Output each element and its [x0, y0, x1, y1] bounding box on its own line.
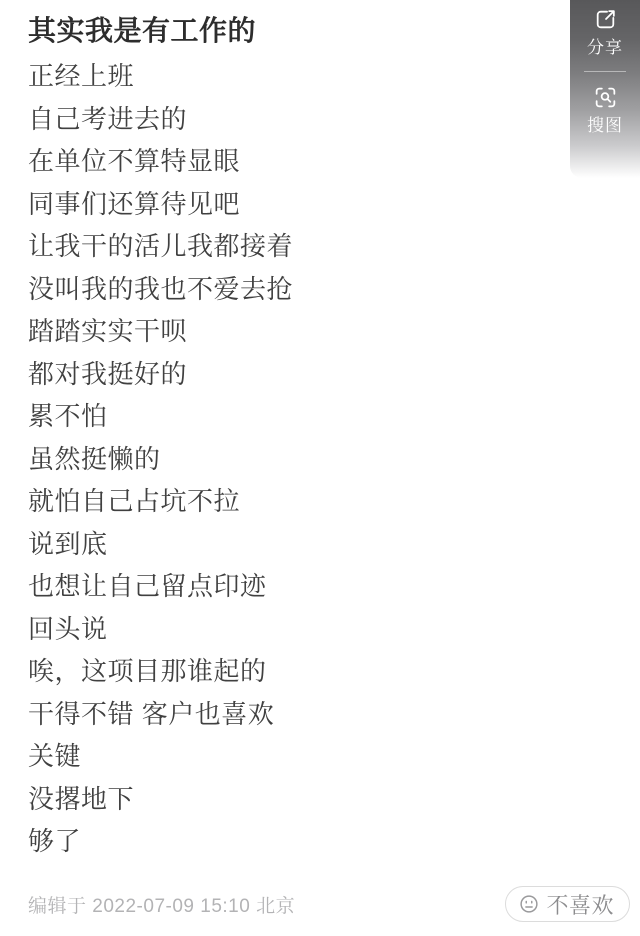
- dislike-button-label: 不喜欢: [546, 889, 614, 920]
- search-image-button-label: 搜图: [587, 116, 623, 135]
- post-line: 就怕自己占坑不拉: [28, 480, 612, 523]
- post-footer: 编辑于 2022-07-09 15:10 北京 不喜欢: [28, 882, 630, 926]
- post-line: 也想让自己留点印迹: [28, 565, 612, 608]
- share-button-label: 分享: [587, 38, 623, 57]
- post-line: 在单位不算特显眼: [28, 140, 612, 183]
- post-line: 都对我挺好的: [28, 353, 612, 396]
- edit-timestamp: 编辑于 2022-07-09 15:10 北京: [28, 891, 295, 918]
- post-line: 干得不错 客户也喜欢: [28, 693, 612, 736]
- post-title: 其实我是有工作的: [28, 14, 612, 48]
- floating-side-toolbar: 分享 搜图: [570, 0, 640, 178]
- image-search-scan-icon: [593, 85, 618, 110]
- post-line: 踏踏实实干呗: [28, 310, 612, 353]
- post-line: 同事们还算待见吧: [28, 183, 612, 226]
- post-line: 说到底: [28, 523, 612, 566]
- post-line: 关键: [28, 735, 612, 778]
- post-line: 唉，这项目那谁起的: [28, 650, 612, 693]
- dislike-button[interactable]: 不喜欢: [505, 886, 630, 922]
- post-content: 其实我是有工作的 正经上班 自己考进去的 在单位不算特显眼 同事们还算待见吧 让…: [0, 0, 640, 863]
- post-line: 够了: [28, 820, 612, 863]
- post-line: 正经上班: [28, 55, 612, 98]
- share-external-icon: [593, 7, 618, 32]
- post-line: 自己考进去的: [28, 98, 612, 141]
- post-line: 回头说: [28, 608, 612, 651]
- share-button[interactable]: 分享: [587, 7, 623, 57]
- post-line: 让我干的活儿我都接着: [28, 225, 612, 268]
- toolbar-divider: [584, 71, 626, 72]
- post-line: 没叫我的我也不爱去抢: [28, 268, 612, 311]
- search-image-button[interactable]: 搜图: [587, 85, 623, 135]
- frown-face-icon: [518, 893, 540, 915]
- post-line: 累不怕: [28, 395, 612, 438]
- post-line: 没撂地下: [28, 778, 612, 821]
- post-line: 虽然挺懒的: [28, 438, 612, 481]
